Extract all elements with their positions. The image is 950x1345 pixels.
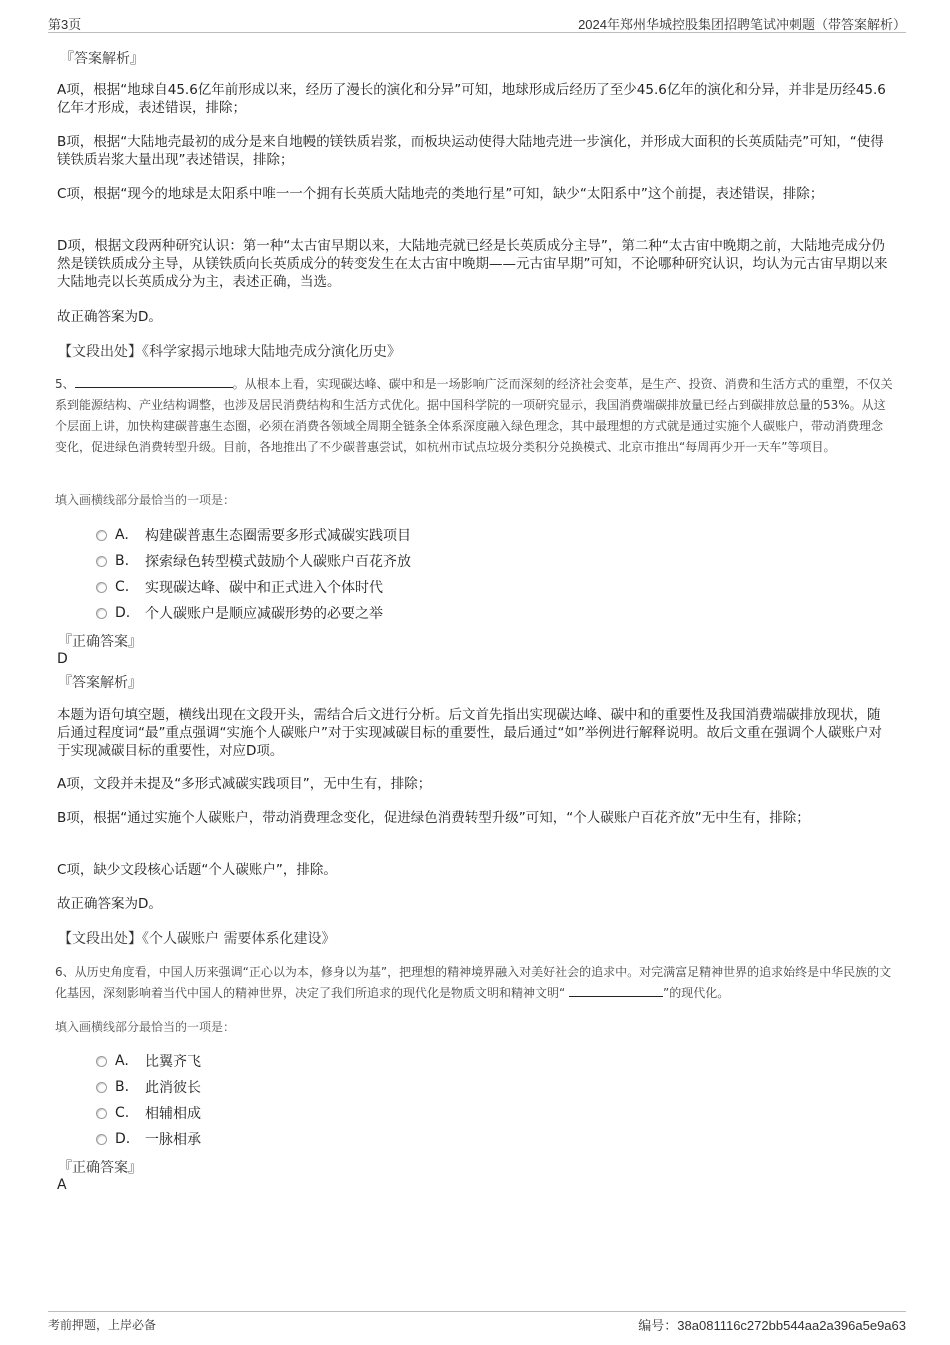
correct-answer: D	[57, 651, 68, 667]
question-5-prompt: 填入画横线部分最恰当的一项是：	[55, 491, 235, 508]
radio-button[interactable]	[96, 1134, 107, 1145]
option-c[interactable]: C. 相辅相成	[96, 1103, 201, 1123]
document-title: 2024年郑州华城控股集团招聘笔试冲刺题（带答案解析）	[578, 14, 906, 33]
analysis-label: 『答案解析』	[58, 672, 142, 692]
radio-button[interactable]	[96, 1108, 107, 1119]
question-6-passage: 6、从历史角度看，中国人历来强调“正心以为本，修身以为基”，把理想的精神境界融入…	[55, 965, 891, 1000]
page-footer: 考前押题，上岸必备 编号：38a081116c272bb544aa2a396a5…	[48, 1311, 906, 1334]
option-b[interactable]: B. 此消彼长	[96, 1077, 201, 1097]
option-a[interactable]: A. 比翼齐飞	[96, 1051, 201, 1071]
radio-button[interactable]	[96, 582, 107, 593]
radio-button[interactable]	[96, 1056, 107, 1067]
fill-blank	[75, 375, 233, 388]
document-code: 编号：38a081116c272bb544aa2a396a5e9a63	[638, 1315, 906, 1334]
radio-button[interactable]	[96, 556, 107, 567]
question-5-text: 5、。从根本上看，实现碳达峰、碳中和是一场影响广泛而深刻的经济社会变革，是生产、…	[55, 374, 893, 458]
question-number: 5、	[55, 377, 75, 391]
analysis-paragraph-c: C项，根据“现今的地球是太阳系中唯一一个拥有长英质大陆地壳的类地行星”可知，缺少…	[57, 185, 892, 203]
analysis-paragraph-a: A项，文段并未提及“多形式减碳实践项目”，无中生有，排除；	[57, 775, 892, 793]
source-citation: 【文段出处】《个人碳账户 需要体系化建设》	[58, 928, 335, 948]
option-d[interactable]: D. 一脉相承	[96, 1129, 201, 1149]
analysis-summary: 本题为语句填空题，横线出现在文段开头，需结合后文进行分析。后文首先指出实现碳达峰…	[57, 706, 892, 760]
footer-slogan: 考前押题，上岸必备	[48, 1316, 156, 1333]
analysis-paragraph-c: C项，缺少文段核心话题“个人碳账户”，排除。	[57, 861, 892, 879]
option-a[interactable]: A. 构建碳普惠生态圈需要多形式减碳实践项目	[96, 525, 411, 545]
radio-button[interactable]	[96, 1082, 107, 1093]
option-b[interactable]: B. 探索绿色转型模式鼓励个人碳账户百花齐放	[96, 551, 411, 571]
option-d[interactable]: D. 个人碳账户是顺应减碳形势的必要之举	[96, 603, 383, 623]
option-c[interactable]: C. 实现碳达峰、碳中和正式进入个体时代	[96, 577, 383, 597]
fill-blank	[569, 984, 663, 997]
correct-answer: A	[57, 1177, 67, 1193]
analysis-label: 『答案解析』	[60, 48, 144, 68]
analysis-conclusion: 故正确答案为D。	[57, 308, 892, 326]
page-header: 第3页 2024年郑州华城控股集团招聘笔试冲刺题（带答案解析）	[48, 12, 906, 33]
analysis-paragraph-d: D项，根据文段两种研究认识：第一种“太古宙早期以来，大陆地壳就已经是长英质成分主…	[57, 237, 892, 291]
question-5-passage: 。从根本上看，实现碳达峰、碳中和是一场影响广泛而深刻的经济社会变革，是生产、投资…	[55, 377, 893, 454]
radio-button[interactable]	[96, 608, 107, 619]
source-citation: 【文段出处】《科学家揭示地球大陆地壳成分演化历史》	[58, 341, 401, 361]
correct-answer-label: 『正确答案』	[58, 1157, 142, 1177]
question-6-prompt: 填入画横线部分最恰当的一项是：	[55, 1018, 235, 1035]
correct-answer-label: 『正确答案』	[58, 631, 142, 651]
analysis-paragraph-b: B项，根据“通过实施个人碳账户，带动消费理念变化，促进绿色消费转型升级”可知，“…	[57, 809, 892, 827]
radio-button[interactable]	[96, 530, 107, 541]
analysis-paragraph-b: B项，根据“大陆地壳最初的成分是来自地幔的镁铁质岩浆，而板块运动使得大陆地壳进一…	[57, 133, 892, 169]
analysis-paragraph-a: A项，根据“地球自45.6亿年前形成以来，经历了漫长的演化和分异”可知，地球形成…	[57, 81, 892, 117]
page-number: 第3页	[48, 14, 81, 33]
analysis-conclusion: 故正确答案为D。	[57, 895, 892, 913]
question-6-text: 6、从历史角度看，中国人历来强调“正心以为本，修身以为基”，把理想的精神境界融入…	[55, 962, 893, 1004]
